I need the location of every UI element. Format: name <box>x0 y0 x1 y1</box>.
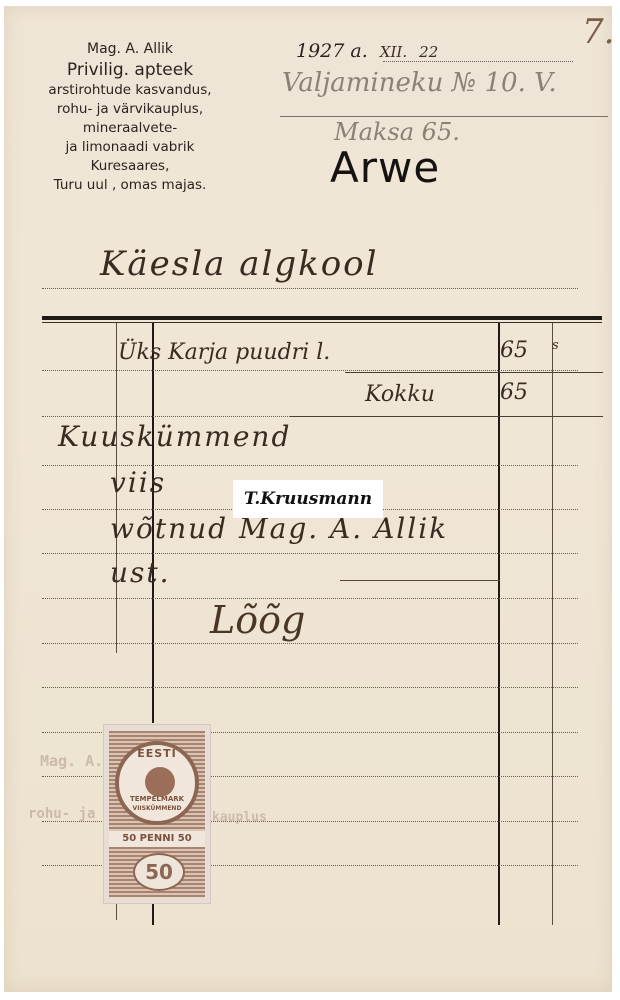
total-underline <box>290 416 603 417</box>
recipient-name: Käesla algkool <box>100 244 379 284</box>
redaction-label: T.Kruusmann <box>233 480 383 518</box>
note-line: ust. <box>110 556 171 589</box>
row-line <box>42 643 578 644</box>
item-underline <box>345 372 603 373</box>
total-value: 65 <box>500 380 528 405</box>
faint-stamp-line: kauplus <box>212 810 267 825</box>
pencil-note-amount: Maksa 65. <box>334 118 460 146</box>
row-line <box>42 370 578 371</box>
line-item-price: 65 <box>500 338 528 363</box>
stamp-design: EESTI TEMPELMARK VIISKÜMMEND 50 PENNI 50… <box>109 731 205 897</box>
stamp-medallion: EESTI TEMPELMARK VIISKÜMMEND <box>115 741 199 825</box>
stamp-value-words: VIISKÜMMEND <box>119 805 195 812</box>
note-line: viis <box>110 466 166 499</box>
business-name: Privilig. apteek <box>20 59 240 81</box>
document-number: 7. <box>582 12 614 52</box>
signature: Lõõg <box>210 598 305 642</box>
invoice-date: 1927 a. XII. 22 <box>296 40 438 62</box>
letterhead-line: Turu uul , omas majas. <box>20 176 240 195</box>
letterhead-line: rohu- ja värvikauplus, <box>20 100 240 119</box>
caduceus-icon <box>145 767 175 797</box>
note-line: Kuuskümmend <box>58 420 291 453</box>
row-line <box>42 598 578 599</box>
date-month: XII. <box>380 43 407 61</box>
date-day: 22 <box>419 43 438 61</box>
date-dotted-line <box>383 61 573 62</box>
letterhead-line: ja limonaadi vabrik <box>20 138 240 157</box>
signature-rule <box>340 580 500 581</box>
pencil-note-dispatch: Valjamineku № 10. V. <box>282 68 557 98</box>
table-top-rule <box>42 316 602 320</box>
line-item-unit: s <box>552 338 559 353</box>
row-line <box>42 687 578 688</box>
column-divider <box>498 323 500 925</box>
line-item-description: Üks Karja puudri l. <box>118 340 330 365</box>
stamp-type: TEMPELMARK <box>119 795 195 803</box>
stamp-denomination-band: 50 PENNI 50 <box>109 831 205 847</box>
table-top-rule-thin <box>42 322 602 323</box>
header-rule <box>280 116 608 117</box>
stamp-country: EESTI <box>119 747 195 760</box>
letterhead-line: arstirohtude kasvandus, <box>20 81 240 100</box>
stamp-big-value: 50 <box>133 853 185 891</box>
document-title: Arwe <box>330 143 440 192</box>
row-line <box>42 553 578 554</box>
revenue-stamp: EESTI TEMPELMARK VIISKÜMMEND 50 PENNI 50… <box>103 724 211 904</box>
owner-name: Mag. A. Allik <box>20 40 240 59</box>
letterhead: Mag. A. Allik Privilig. apteek arstiroht… <box>20 40 240 195</box>
column-divider <box>552 323 553 925</box>
date-year: 1927 a. <box>296 40 368 62</box>
letterhead-line: mineraalvete- <box>20 119 240 138</box>
letterhead-line: Kuresaares, <box>20 157 240 176</box>
total-label: Kokku <box>365 382 435 407</box>
recipient-dotted-line <box>42 288 578 289</box>
